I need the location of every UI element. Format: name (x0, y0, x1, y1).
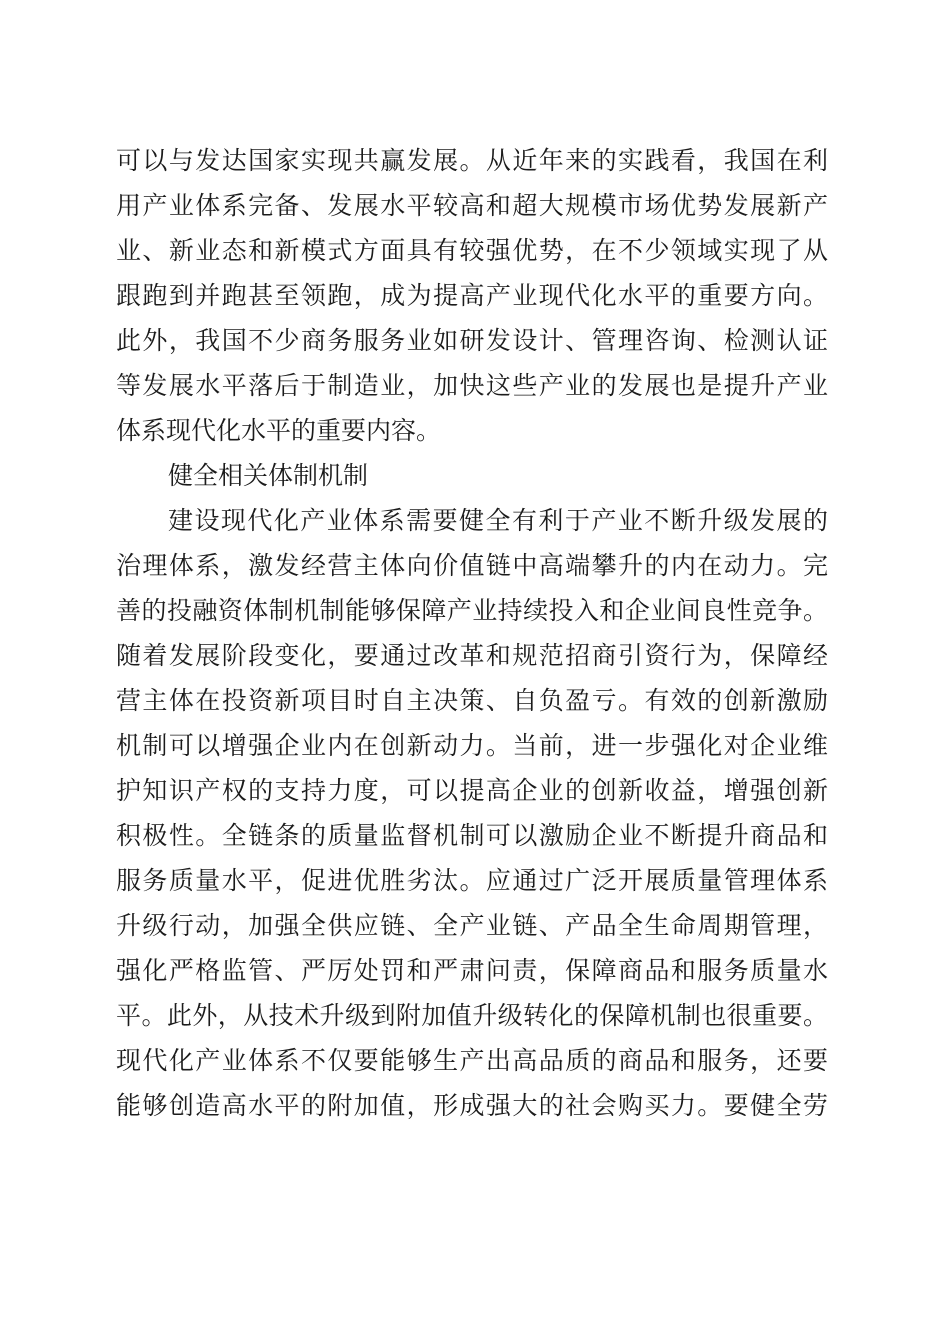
text-line: 等发展水平落后于制造业，加快这些产业的发展也是提升产业 (116, 364, 828, 409)
text-line: 服务质量水平，促进优胜劣汰。应通过广泛开展质量管理体系 (116, 859, 828, 904)
text-line: 此外，我国不少商务服务业如研发设计、管理咨询、检测认证 (116, 319, 828, 364)
document-text-block: 可以与发达国家实现共赢发展。从近年来的实践看，我国在利用产业体系完备、发展水平较… (116, 139, 828, 1129)
text-line: 业、新业态和新模式方面具有较强优势，在不少领域实现了从 (116, 229, 828, 274)
text-line: 体系现代化水平的重要内容。 (116, 409, 828, 454)
text-line: 用产业体系完备、发展水平较高和超大规模市场优势发展新产 (116, 184, 828, 229)
text-line: 平。此外，从技术升级到附加值升级转化的保障机制也很重要。 (116, 994, 828, 1039)
text-line: 机制可以增强企业内在创新动力。当前，进一步强化对企业维 (116, 724, 828, 769)
text-line: 建设现代化产业体系需要健全有利于产业不断升级发展的 (116, 499, 828, 544)
text-line: 积极性。全链条的质量监督机制可以激励企业不断提升商品和 (116, 814, 828, 859)
text-line: 可以与发达国家实现共赢发展。从近年来的实践看，我国在利 (116, 139, 828, 184)
text-line: 跟跑到并跑甚至领跑，成为提高产业现代化水平的重要方向。 (116, 274, 828, 319)
text-line: 能够创造高水平的附加值，形成强大的社会购买力。要健全劳 (116, 1084, 828, 1129)
text-line: 随着发展阶段变化，要通过改革和规范招商引资行为，保障经 (116, 634, 828, 679)
text-line: 现代化产业体系不仅要能够生产出高品质的商品和服务，还要 (116, 1039, 828, 1084)
text-line: 健全相关体制机制 (116, 454, 828, 499)
text-line: 护知识产权的支持力度，可以提高企业的创新收益，增强创新 (116, 769, 828, 814)
document-page: 可以与发达国家实现共赢发展。从近年来的实践看，我国在利用产业体系完备、发展水平较… (0, 0, 950, 1344)
text-line: 治理体系，激发经营主体向价值链中高端攀升的内在动力。完 (116, 544, 828, 589)
text-line: 营主体在投资新项目时自主决策、自负盈亏。有效的创新激励 (116, 679, 828, 724)
text-line: 善的投融资体制机制能够保障产业持续投入和企业间良性竞争。 (116, 589, 828, 634)
text-line: 升级行动，加强全供应链、全产业链、产品全生命周期管理， (116, 904, 828, 949)
text-line: 强化严格监管、严厉处罚和严肃问责，保障商品和服务质量水 (116, 949, 828, 994)
